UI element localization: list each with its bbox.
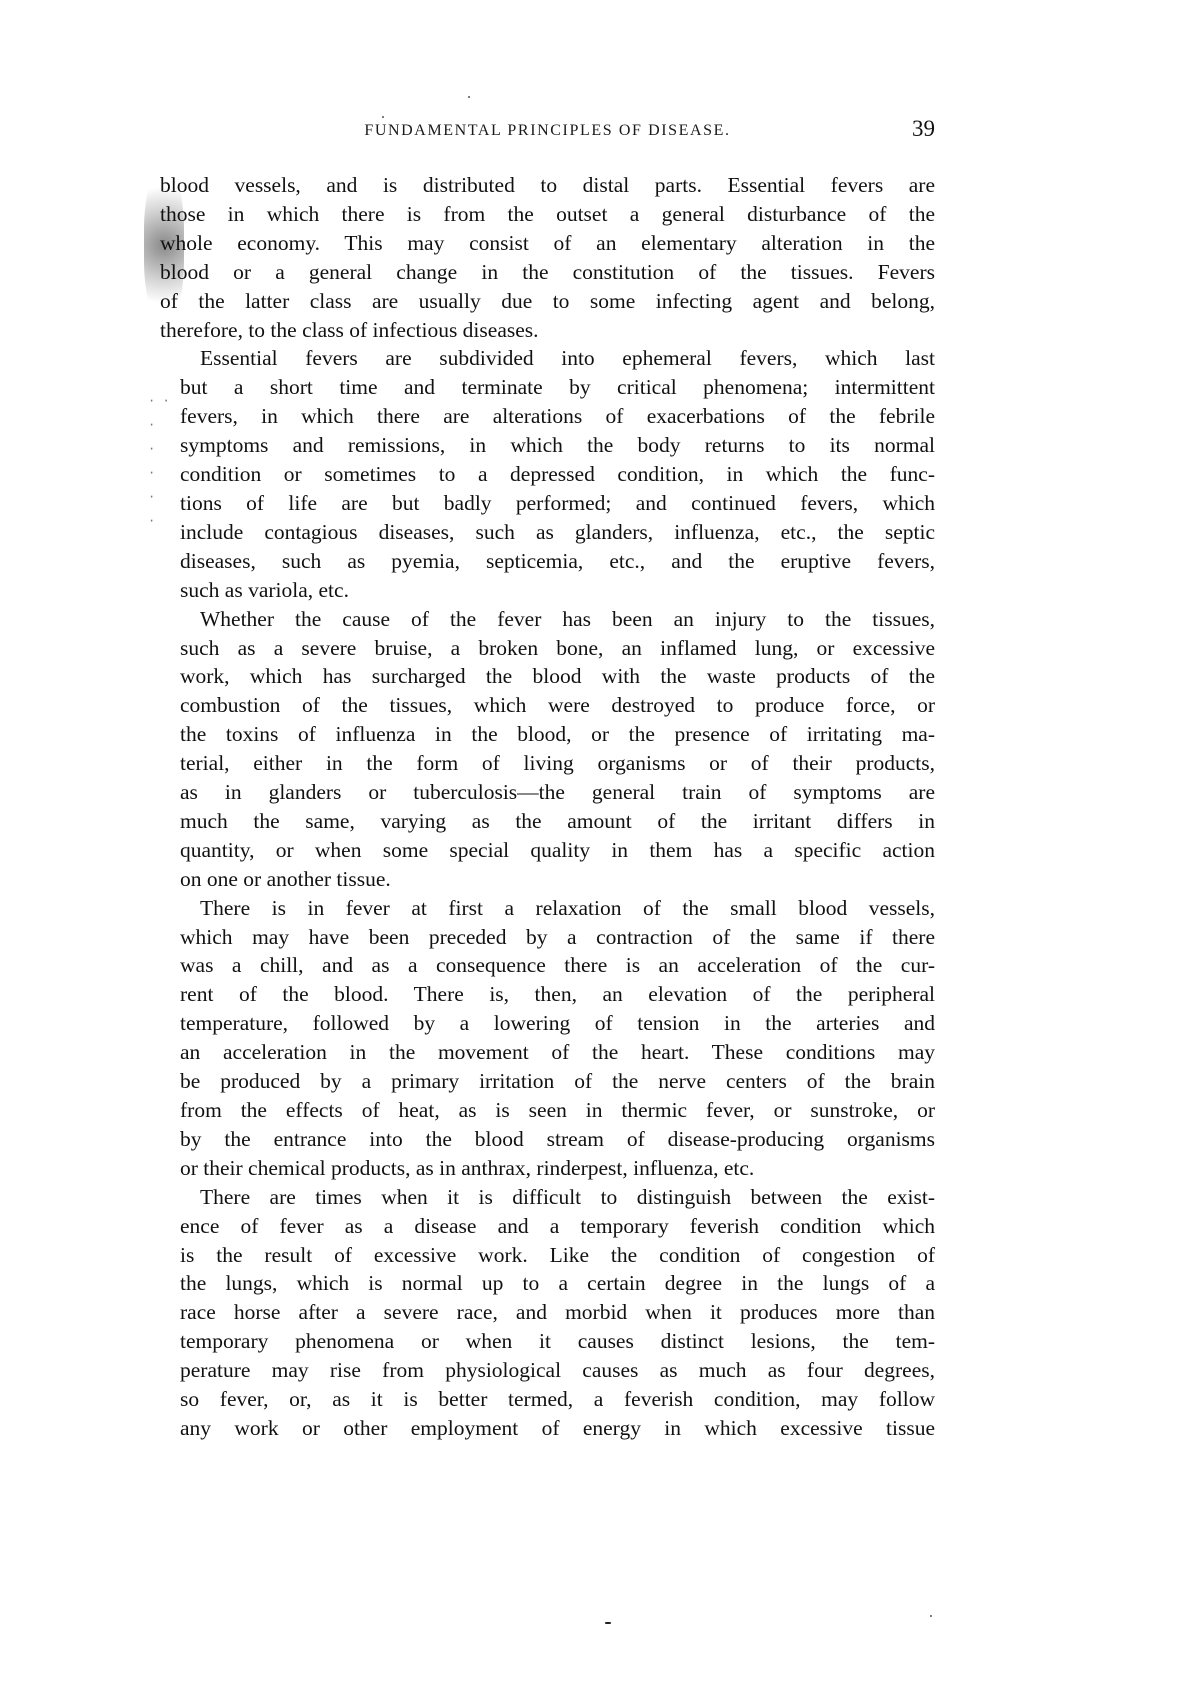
text-line: There are times when it is difficult to … [160,1183,935,1212]
text-line: from the effects of heat, as is seen in … [160,1096,935,1125]
scan-speck [930,1615,932,1617]
text-line: the lungs, which is normal up to a certa… [160,1269,935,1298]
text-line: terial, either in the form of living org… [160,749,935,778]
text-line: such as variola, etc. [160,576,935,605]
text-line: temporary phenomena or when it causes di… [160,1327,935,1356]
text-line: quantity, or when some special quality i… [160,836,935,865]
text-line: so fever, or, as it is better termed, a … [160,1385,935,1414]
page-number: 39 [912,116,935,142]
text-line: blood vessels, and is distributed to dis… [160,171,935,200]
text-line: Whether the cause of the fever has been … [160,605,935,634]
text-line: Essential fevers are subdivided into eph… [160,344,935,373]
paragraph-continued: blood vessels, and is distributed to dis… [160,171,935,344]
text-line: the toxins of influenza in the blood, or… [160,720,935,749]
text-line: on one or another tissue. [160,865,935,894]
scan-speck [468,96,470,98]
paragraph-cause-of-fever: Whether the cause of the fever has been … [160,605,935,894]
paragraph-relaxation-of-vessels: There is in fever at first a relaxation … [160,894,935,1183]
text-line: blood or a general change in the constit… [160,258,935,287]
text-line: There is in fever at first a relaxation … [160,894,935,923]
paragraph-feverish-condition: There are times when it is difficult to … [160,1183,935,1443]
text-line: symptoms and remissions, in which the bo… [160,431,935,460]
text-line: whole economy. This may consist of an el… [160,229,935,258]
text-line: as in glanders or tuberculosis—the gener… [160,778,935,807]
text-line: ence of fever as a disease and a tempora… [160,1212,935,1241]
text-line: those in which there is from the outset … [160,200,935,229]
text-line: fevers, in which there are alterations o… [160,402,935,431]
text-line: condition or sometimes to a depressed co… [160,460,935,489]
text-line: race horse after a severe race, and morb… [160,1298,935,1327]
text-line: an acceleration in the movement of the h… [160,1038,935,1067]
text-line: by the entrance into the blood stream of… [160,1125,935,1154]
text-line: was a chill, and as a consequence there … [160,951,935,980]
text-line: rent of the blood. There is, then, an el… [160,980,935,1009]
text-line: combustion of the tissues, which were de… [160,691,935,720]
text-line: include contagious diseases, such as gla… [160,518,935,547]
text-line: much the same, varying as the amount of … [160,807,935,836]
text-line: tions of life are but badly performed; a… [160,489,935,518]
book-page: · ······ FUNDAMENTAL PRINCIPLES OF DISEA… [0,0,1200,1695]
text-line: any work or other employment of energy i… [160,1414,935,1443]
text-line: such as a severe bruise, a broken bone, … [160,634,935,663]
text-line: diseases, such as pyemia, septicemia, et… [160,547,935,576]
text-line: be produced by a primary irritation of t… [160,1067,935,1096]
scan-speck [605,1622,611,1624]
text-line: which may have been preceded by a contra… [160,923,935,952]
body-text: blood vessels, and is distributed to dis… [160,171,935,1443]
text-line: but a short time and terminate by critic… [160,373,935,402]
running-head: FUNDAMENTAL PRINCIPLES OF DISEASE. 39 [160,118,935,148]
text-line: therefore, to the class of infectious di… [160,316,935,345]
text-line: work, which has surcharged the blood wit… [160,662,935,691]
text-line: temperature, followed by a lowering of t… [160,1009,935,1038]
text-line: is the result of excessive work. Like th… [160,1241,935,1270]
text-line: or their chemical products, as in anthra… [160,1154,935,1183]
paragraph-essential-fevers: Essential fevers are subdivided into eph… [160,344,935,604]
running-title: FUNDAMENTAL PRINCIPLES OF DISEASE. [160,122,935,140]
text-line: of the latter class are usually due to s… [160,287,935,316]
text-line: perature may rise from physiological cau… [160,1356,935,1385]
